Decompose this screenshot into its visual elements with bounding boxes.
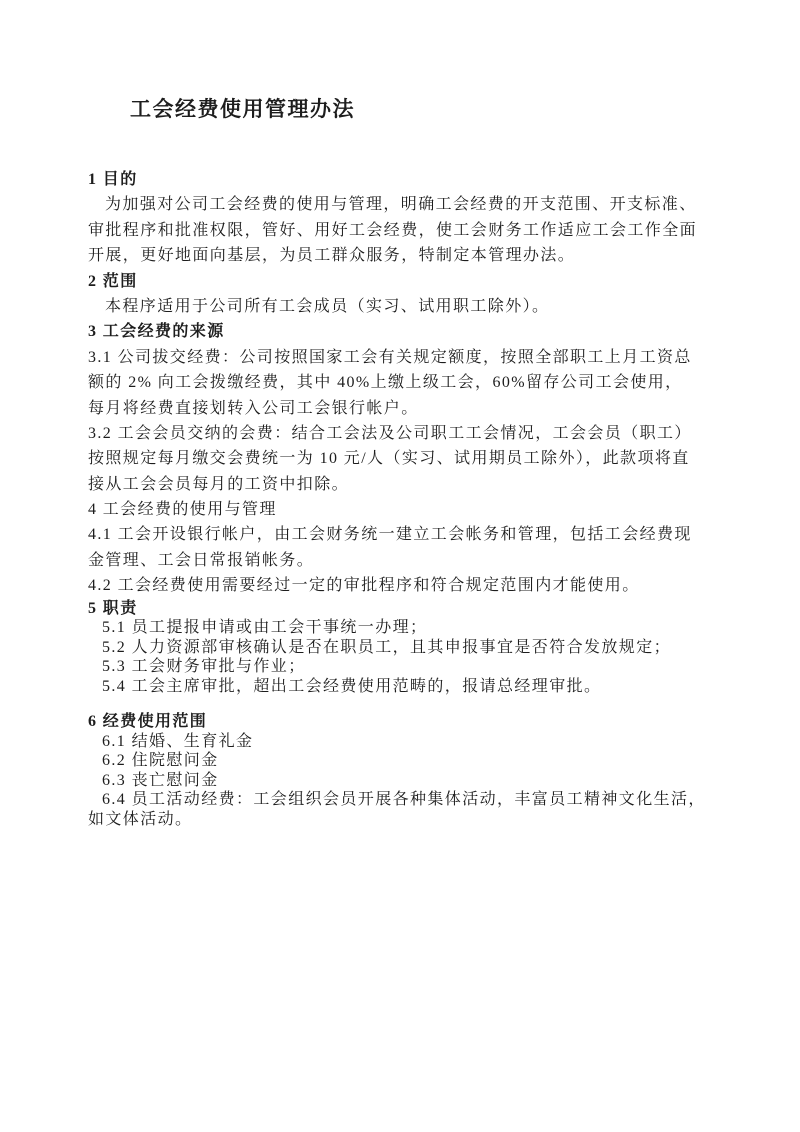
document-title: 工会经费使用管理办法 xyxy=(130,97,714,121)
section-5-item: 5.4 工会主席审批，超出工会经费使用范畴的，报请总经理审批。 xyxy=(88,677,714,697)
section-6-item-continuation: 如文体活动。 xyxy=(88,810,714,830)
section-6-item: 6.2 住院慰问金 xyxy=(88,751,714,771)
section-3-line: 按照规定每月缴交会费统一为 10 元/人（实习、试用期员工除外），此款项将直 xyxy=(88,446,714,471)
section-1-line: 审批程序和批准权限，管好、用好工会经费，使工会财务工作适应工会工作全面 xyxy=(88,218,714,243)
section-3-line: 3.2 工会会员交纳的会费：结合工会法及公司职工工会情况，工会会员（职工） xyxy=(88,421,714,446)
document-page: 工会经费使用管理办法 1 目的 为加强对公司工会经费的使用与管理，明确工会经费的… xyxy=(0,0,800,1132)
section-5-item: 5.1 员工提报申请或由工会干事统一办理； xyxy=(88,618,714,638)
section-5-item: 5.3 工会财务审批与作业； xyxy=(88,657,714,677)
section-5-heading: 5 职责 xyxy=(88,599,714,619)
section-6-item: 6.4 员工活动经费：工会组织会员开展各种集体活动，丰富员工精神文化生活， xyxy=(88,790,714,810)
section-5-item: 5.2 人力资源部审核确认是否在职员工，且其申报事宜是否符合发放规定； xyxy=(88,638,714,658)
section-4-line: 4.2 工会经费使用需要经过一定的审批程序和符合规定范围内才能使用。 xyxy=(88,573,714,598)
section-3-line: 接从工会会员每月的工资中扣除。 xyxy=(88,472,714,497)
section-3-line: 额的 2% 向工会拨缴经费，其中 40%上缴上级工会，60%留存公司工会使用， xyxy=(88,370,714,395)
section-2-line: 本程序适用于公司所有工会成员（实习、试用职工除外）。 xyxy=(88,294,714,319)
section-4-line: 金管理、工会日常报销帐务。 xyxy=(88,548,714,573)
section-4-line: 4.1 工会开设银行帐户，由工会财务统一建立工会帐务和管理，包括工会经费现 xyxy=(88,522,714,547)
section-6-heading: 6 经费使用范围 xyxy=(88,712,714,732)
section-1-line: 开展，更好地面向基层，为员工群众服务，特制定本管理办法。 xyxy=(88,243,714,268)
document-content: 工会经费使用管理办法 1 目的 为加强对公司工会经费的使用与管理，明确工会经费的… xyxy=(0,0,800,829)
section-1-line: 为加强对公司工会经费的使用与管理，明确工会经费的开支范围、开支标准、 xyxy=(88,192,714,217)
section-6-item: 6.1 结婚、生育礼金 xyxy=(88,732,714,752)
section-3-heading: 3 工会经费的来源 xyxy=(88,319,714,344)
section-6-item: 6.3 丧亡慰问金 xyxy=(88,771,714,791)
section-3-line: 每月将经费直接划转入公司工会银行帐户。 xyxy=(88,396,714,421)
section-2-heading: 2 范围 xyxy=(88,269,714,294)
section-4-heading: 4 工会经费的使用与管理 xyxy=(88,497,714,522)
section-3-line: 3.1 公司拔交经费：公司按照国家工会有关规定额度，按照全部职工上月工资总 xyxy=(88,345,714,370)
section-divider-space xyxy=(88,696,714,712)
section-1-heading: 1 目的 xyxy=(88,167,714,192)
